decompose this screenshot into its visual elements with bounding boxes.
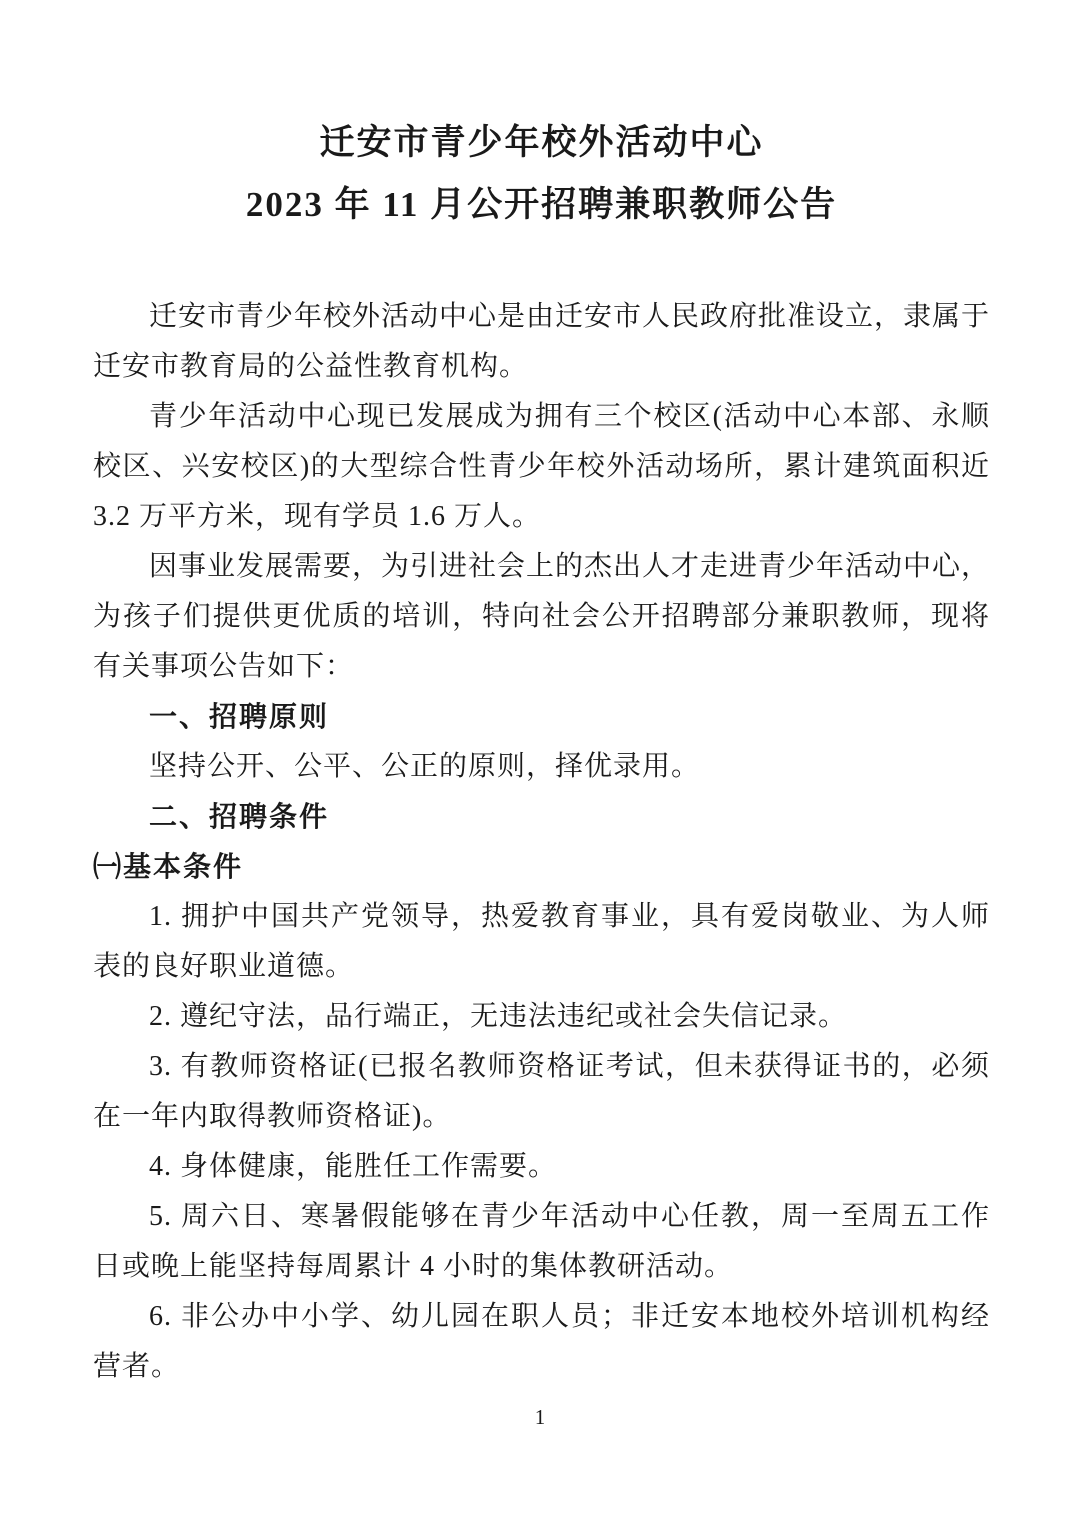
page-number: 1 — [535, 1405, 546, 1429]
paragraph-campus-info: 青少年活动中心现已发展成为拥有三个校区(活动中心本部、永顺校区、兴安校区)的大型… — [93, 392, 990, 542]
section-heading-recruitment-principles: 一、招聘原则 — [93, 692, 990, 742]
document-title-line1: 迁安市青少年校外活动中心 — [93, 112, 990, 174]
paragraph-org-intro: 迁安市青少年校外活动中心是由迁安市人民政府批准设立，隶属于迁安市教育局的公益性教… — [93, 292, 990, 392]
condition-item-4: 4. 身体健康，能胜任工作需要。 — [93, 1142, 990, 1192]
condition-item-2: 2. 遵纪守法，品行端正，无违法违纪或社会失信记录。 — [93, 992, 990, 1042]
paragraph-principles-body: 坚持公开、公平、公正的原则，择优录用。 — [93, 742, 990, 792]
condition-item-5: 5. 周六日、寒暑假能够在青少年活动中心任教，周一至周五工作日或晚上能坚持每周累… — [93, 1192, 990, 1292]
condition-item-3: 3. 有教师资格证(已报名教师资格证考试，但未获得证书的，必须在一年内取得教师资… — [93, 1042, 990, 1142]
subsection-heading-basic-conditions: ㈠基本条件 — [93, 842, 990, 892]
page-footer: 1 — [0, 1402, 1080, 1432]
condition-item-6: 6. 非公办中小学、幼儿园在职人员；非迁安本地校外培训机构经营者。 — [93, 1292, 990, 1392]
document-page: 迁安市青少年校外活动中心 2023 年 11 月公开招聘兼职教师公告 迁安市青少… — [0, 0, 1080, 1527]
document-body: 迁安市青少年校外活动中心是由迁安市人民政府批准设立，隶属于迁安市教育局的公益性教… — [93, 292, 990, 1392]
document-title-line2: 2023 年 11 月公开招聘兼职教师公告 — [93, 174, 990, 236]
paragraph-recruitment-reason: 因事业发展需要，为引进社会上的杰出人才走进青少年活动中心，为孩子们提供更优质的培… — [93, 542, 990, 692]
document-header: 迁安市青少年校外活动中心 2023 年 11 月公开招聘兼职教师公告 — [93, 112, 990, 236]
condition-item-1: 1. 拥护中国共产党领导，热爱教育事业，具有爱岗敬业、为人师表的良好职业道德。 — [93, 892, 990, 992]
section-heading-recruitment-conditions: 二、招聘条件 — [93, 792, 990, 842]
